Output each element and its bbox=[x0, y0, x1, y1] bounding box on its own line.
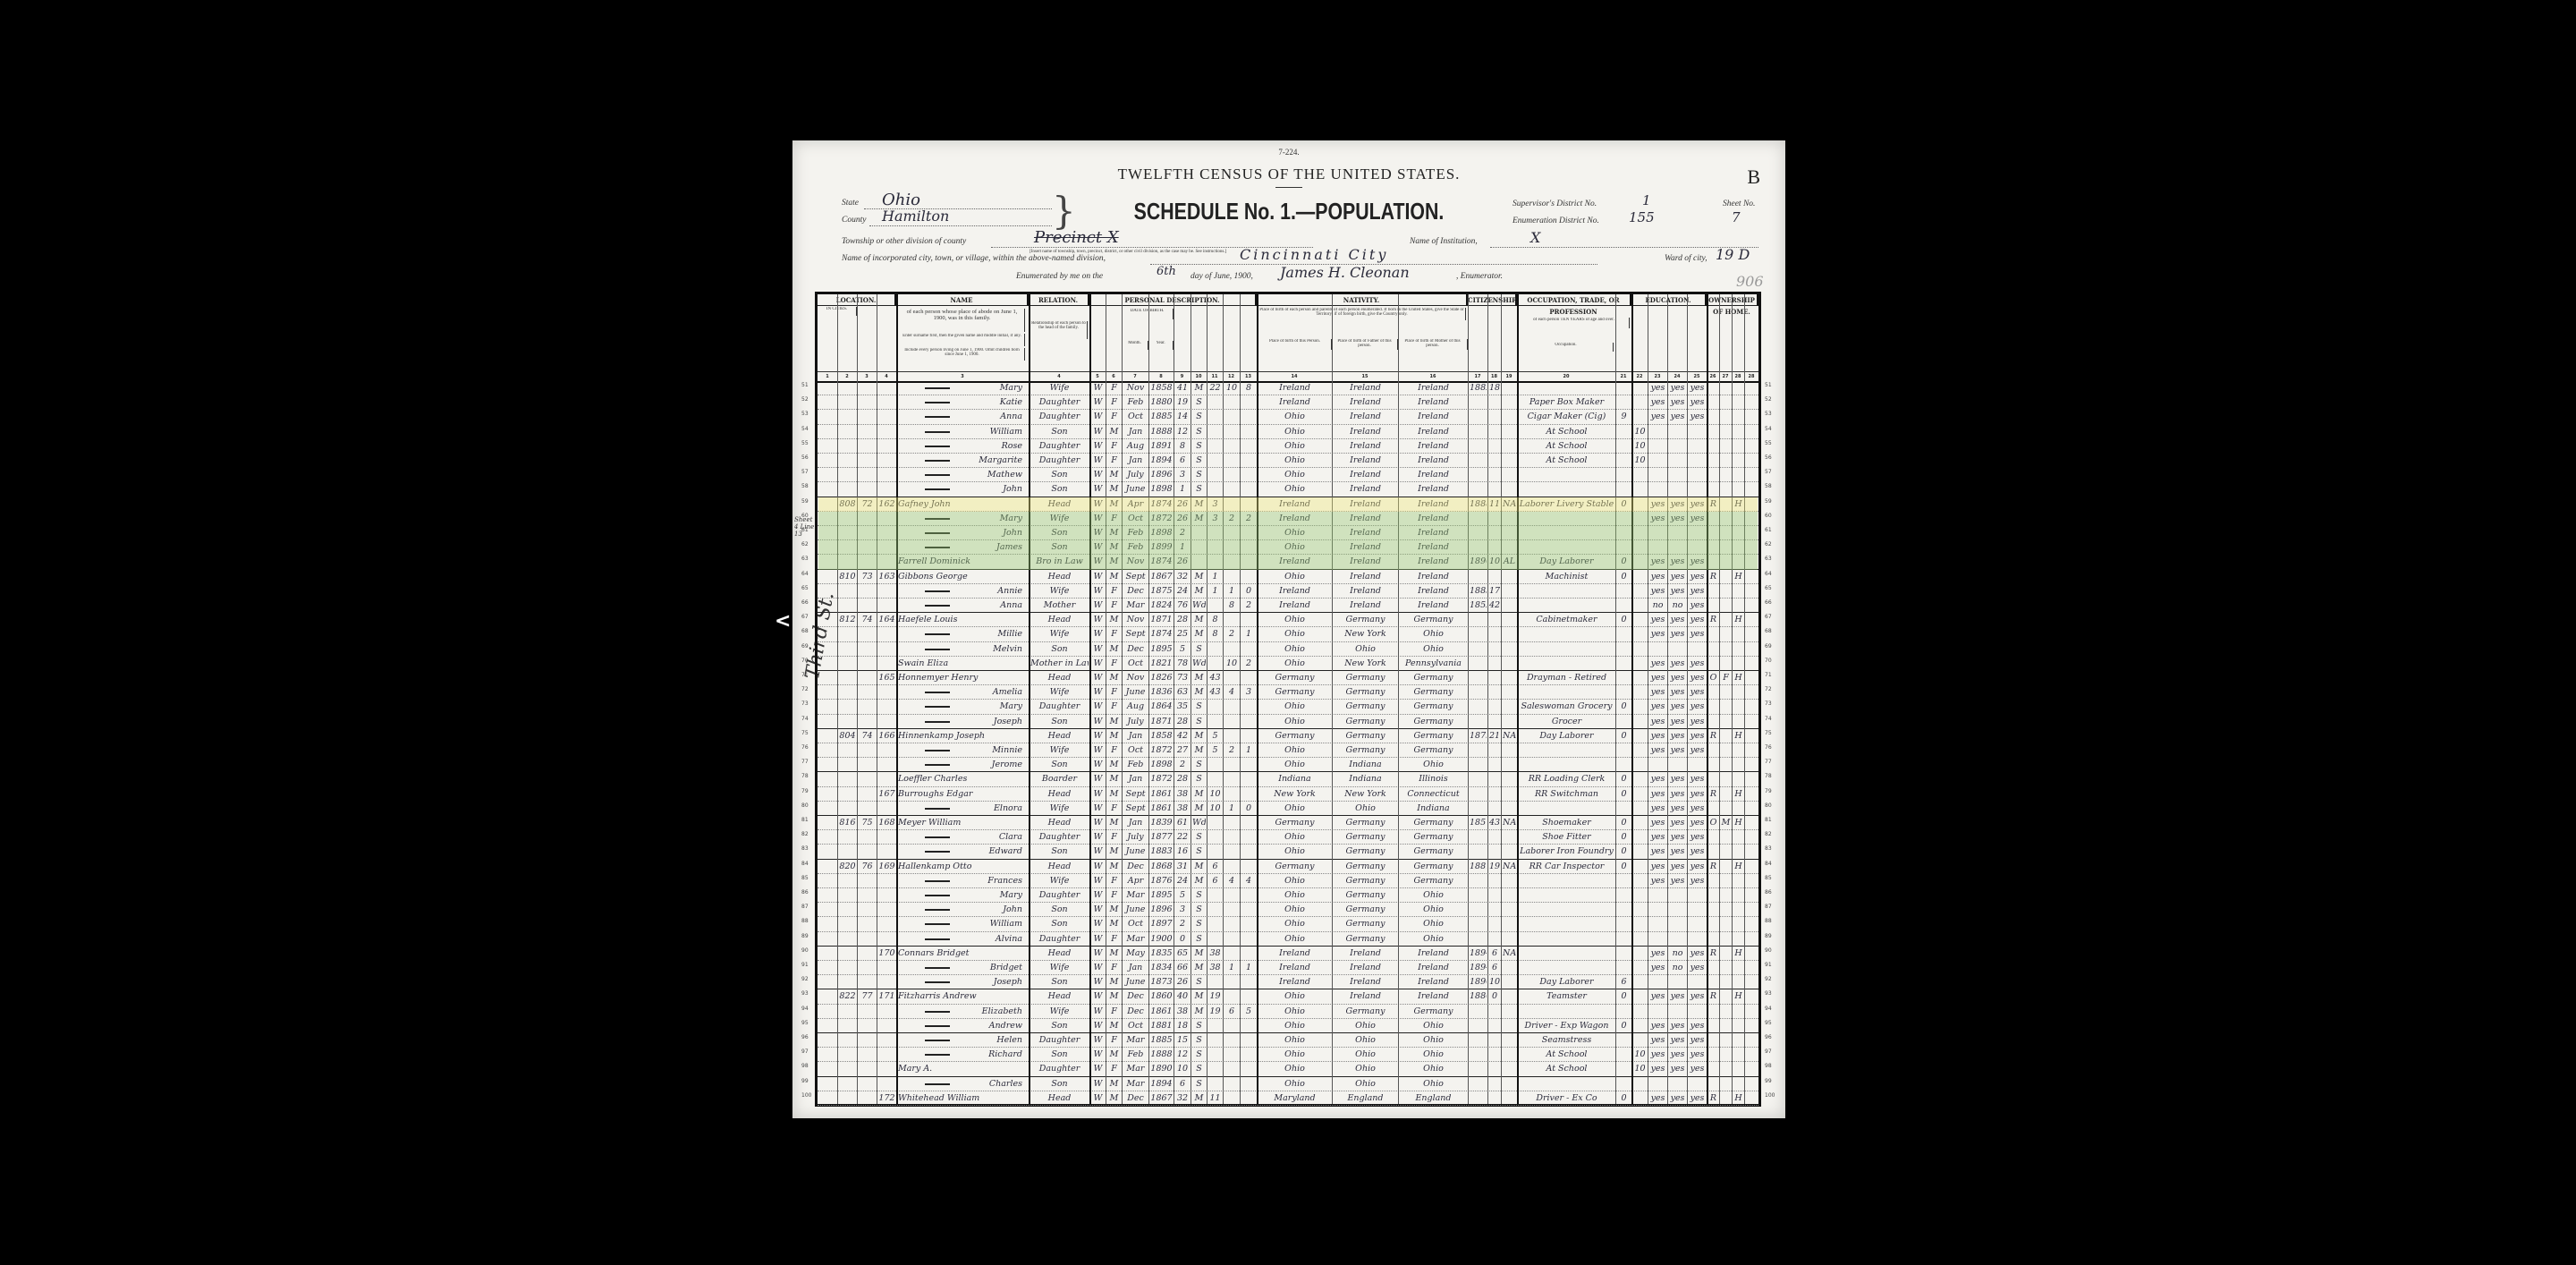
cell-farm bbox=[1733, 512, 1743, 525]
cell-schedule bbox=[1746, 584, 1758, 598]
ditto-dash bbox=[925, 1025, 950, 1027]
cell-dwelling: 75 bbox=[859, 816, 876, 829]
cell-immig: 1894 bbox=[1470, 947, 1487, 960]
cell-schedule bbox=[1746, 830, 1758, 844]
cell-marital: S bbox=[1192, 903, 1206, 916]
cell-read bbox=[1649, 454, 1666, 467]
cell-free bbox=[1721, 961, 1731, 974]
cell-marital: M bbox=[1192, 961, 1206, 974]
cell-family bbox=[878, 410, 895, 423]
cell-natur bbox=[1503, 685, 1516, 699]
cell-color: W bbox=[1091, 989, 1105, 1003]
table-row[interactable]: ElnoraWifeWFSept186138M1010OhioOhioIndia… bbox=[818, 802, 1758, 816]
cell-family bbox=[878, 845, 895, 858]
cell-schedule bbox=[1746, 642, 1758, 656]
cell-family bbox=[878, 1005, 895, 1018]
cell-pob-mother: Ireland bbox=[1400, 381, 1467, 395]
cell-family bbox=[878, 1077, 895, 1091]
table-row[interactable]: RichardSonWMFeb188812SOhioOhioOhioAt Sch… bbox=[818, 1048, 1758, 1062]
cell-age: 1 bbox=[1175, 540, 1190, 554]
cell-school bbox=[1633, 570, 1647, 583]
cell-occupation: Laborer Livery Stable bbox=[1519, 497, 1614, 511]
line-number: 77 bbox=[801, 759, 809, 765]
cell-free bbox=[1721, 482, 1731, 496]
cell-children-living bbox=[1241, 989, 1256, 1003]
cell-immig bbox=[1470, 395, 1487, 409]
cell-dwelling bbox=[859, 381, 876, 395]
line-number: 63 bbox=[1765, 556, 1772, 562]
header-group: OCCUPATION, TRADE, OR PROFESSION bbox=[1517, 294, 1631, 306]
column-divider bbox=[1089, 294, 1091, 1104]
cell-free bbox=[1721, 1048, 1731, 1061]
header-group: RELATION. bbox=[1029, 294, 1089, 306]
cell-farm bbox=[1733, 932, 1743, 946]
line-number: 64 bbox=[801, 571, 809, 577]
cell-relation: Son bbox=[1030, 758, 1089, 771]
sheet-label: Sheet No. bbox=[1723, 200, 1755, 208]
cell-dwelling bbox=[859, 772, 876, 785]
cell-pob-father: Ohio bbox=[1334, 1048, 1397, 1061]
cell-owned bbox=[1708, 743, 1718, 757]
table-row[interactable]: 170Connars BridgetHeadWMMay183565M38Irel… bbox=[818, 947, 1758, 961]
cell-occupation: Seamstress bbox=[1519, 1033, 1614, 1047]
cell-age: 35 bbox=[1175, 700, 1190, 713]
cell-english: yes bbox=[1689, 1091, 1706, 1105]
cell-year: 1871 bbox=[1150, 715, 1173, 728]
cell-schedule bbox=[1746, 555, 1758, 568]
table-row[interactable]: FrancesWifeWFApr187624M644OhioGermanyGer… bbox=[818, 874, 1758, 888]
table-row[interactable]: 80474166Hinnenkamp JosephHeadWMJan185842… bbox=[818, 729, 1758, 743]
table-row[interactable]: Farrell DominickBro in LawWMNov187426Ire… bbox=[818, 555, 1758, 569]
cell-immig bbox=[1470, 903, 1487, 916]
cell-dwelling bbox=[859, 700, 876, 713]
table-row[interactable]: 167Burroughs EdgarHeadWMSept186138M10New… bbox=[818, 787, 1758, 802]
cell-immig bbox=[1470, 1077, 1487, 1091]
cell-write bbox=[1669, 932, 1686, 946]
table-row[interactable]: JosephSonWMJune187326SIrelandIrelandIrel… bbox=[818, 975, 1758, 989]
cell-relation: Daughter bbox=[1030, 1062, 1089, 1075]
cell-write: yes bbox=[1669, 512, 1686, 525]
cell-immig bbox=[1470, 410, 1487, 423]
cell-english: yes bbox=[1689, 1062, 1706, 1075]
cell-relation: Head bbox=[1030, 671, 1089, 684]
ditto-dash bbox=[925, 764, 950, 766]
table-row[interactable]: AnnaMotherWFMar182476Wd82IrelandIrelandI… bbox=[818, 599, 1758, 613]
cell-months-unemp: 0 bbox=[1617, 570, 1631, 583]
cell-house: 808 bbox=[839, 497, 856, 511]
cell-english: yes bbox=[1689, 627, 1706, 641]
cell-children-born bbox=[1224, 975, 1239, 989]
cell-immig bbox=[1470, 772, 1487, 785]
cell-owned bbox=[1708, 700, 1718, 713]
cell-relation: Son bbox=[1030, 482, 1089, 496]
cell-occupation: Day Laborer bbox=[1519, 729, 1614, 743]
cell-dwelling bbox=[859, 439, 876, 453]
table-row[interactable]: AnnieWifeWFDec187524M110IrelandIrelandIr… bbox=[818, 584, 1758, 599]
column-divider bbox=[1029, 294, 1030, 1104]
cell-pob: Germany bbox=[1258, 729, 1331, 743]
cell-owned: R bbox=[1708, 947, 1718, 960]
cell-school bbox=[1633, 540, 1647, 554]
cell-occupation bbox=[1519, 482, 1614, 496]
table-row[interactable]: MargariteDaughterWFJan18946SOhioIrelandI… bbox=[818, 454, 1758, 468]
column-divider bbox=[1517, 294, 1519, 1104]
cell-yrs-married bbox=[1208, 526, 1222, 539]
cell-color: W bbox=[1091, 816, 1105, 829]
cell-english: yes bbox=[1689, 874, 1706, 887]
line-number: 84 bbox=[801, 861, 809, 867]
cell-family bbox=[878, 395, 895, 409]
cell-marital: M bbox=[1192, 860, 1206, 873]
line-number: 65 bbox=[801, 585, 809, 591]
cell-pob-mother: Ohio bbox=[1400, 1048, 1467, 1061]
cell-marital: M bbox=[1192, 743, 1206, 757]
cell-free bbox=[1721, 468, 1731, 481]
ditto-dash bbox=[925, 387, 950, 389]
cell-yrs-married bbox=[1208, 903, 1222, 916]
cell-months-unemp bbox=[1617, 903, 1631, 916]
table-row[interactable]: WilliamSonWMOct18972SOhioGermanyOhio bbox=[818, 917, 1758, 931]
cell-schedule bbox=[1746, 599, 1758, 612]
cell-english: yes bbox=[1689, 685, 1706, 699]
cell-name: Alvina bbox=[898, 932, 1028, 946]
cell-months-unemp bbox=[1617, 1062, 1631, 1075]
cell-sex: M bbox=[1107, 555, 1121, 568]
cell-house bbox=[839, 1005, 856, 1018]
cell-dwelling bbox=[859, 975, 876, 989]
cell-school bbox=[1633, 410, 1647, 423]
cell-sex: F bbox=[1107, 961, 1121, 974]
cell-dwelling bbox=[859, 1091, 876, 1105]
cell-read: yes bbox=[1649, 410, 1666, 423]
cell-immig bbox=[1470, 1005, 1487, 1018]
table-row[interactable]: MillieWifeWFSept187425M821OhioNew YorkOh… bbox=[818, 627, 1758, 641]
cell-house bbox=[839, 845, 856, 858]
cell-street bbox=[819, 830, 836, 844]
cell-street bbox=[819, 932, 836, 946]
cell-age: 27 bbox=[1175, 743, 1190, 757]
cell-dwelling bbox=[859, 454, 876, 467]
table-row[interactable]: JohnSonWMJune18981SOhioIrelandIreland bbox=[818, 482, 1758, 497]
cell-english: yes bbox=[1689, 1019, 1706, 1032]
cell-color: W bbox=[1091, 657, 1105, 670]
table-row[interactable]: JohnSonWMJune18963SOhioGermanyOhio bbox=[818, 903, 1758, 917]
cell-pob-mother: Ireland bbox=[1400, 468, 1467, 481]
table-row[interactable]: ClaraDaughterWFJuly187722SOhioGermanyGer… bbox=[818, 830, 1758, 845]
cell-name: John bbox=[898, 526, 1028, 539]
cell-yrs-us bbox=[1489, 395, 1500, 409]
cell-pob-father: Germany bbox=[1334, 830, 1397, 844]
cell-children-living: 1 bbox=[1241, 627, 1256, 641]
cell-schedule bbox=[1746, 1005, 1758, 1018]
cell-school bbox=[1633, 1033, 1647, 1047]
table-row[interactable]: 81675168Meyer WilliamHeadWMJan183961WdGe… bbox=[818, 816, 1758, 830]
previous-image-icon[interactable]: < bbox=[775, 610, 791, 632]
cell-farm bbox=[1733, 903, 1743, 916]
table-row[interactable]: HelenDaughterWFMar188515SOhioOhioOhioSea… bbox=[818, 1033, 1758, 1048]
cell-family bbox=[878, 830, 895, 844]
cell-schedule bbox=[1746, 395, 1758, 409]
cell-english: yes bbox=[1689, 772, 1706, 785]
cell-dwelling bbox=[859, 671, 876, 684]
table-row[interactable]: Mary A.DaughterWFMar189010SOhioOhioOhioA… bbox=[818, 1062, 1758, 1076]
cell-year: 1873 bbox=[1150, 975, 1173, 989]
cell-age: 10 bbox=[1175, 1062, 1190, 1075]
cell-pob: Ohio bbox=[1258, 1048, 1331, 1061]
table-row[interactable]: Loeffler CharlesBoarderWMJan187228SIndia… bbox=[818, 772, 1758, 786]
cell-yrs-married bbox=[1208, 888, 1222, 902]
cell-yrs-married: 38 bbox=[1208, 961, 1222, 974]
cell-children-living bbox=[1241, 1048, 1256, 1061]
cell-sex: M bbox=[1107, 526, 1121, 539]
cell-pob-father: Ireland bbox=[1334, 439, 1397, 453]
table-row[interactable]: JosephSonWMJuly187128SOhioGermanyGermany… bbox=[818, 715, 1758, 729]
cell-family bbox=[878, 439, 895, 453]
cell-school bbox=[1633, 613, 1647, 626]
cell-natur bbox=[1503, 903, 1516, 916]
ditto-dash bbox=[925, 518, 950, 520]
cell-months-unemp: 0 bbox=[1617, 989, 1631, 1003]
table-row[interactable]: MaryWifeWFNov185841M22108IrelandIrelandI… bbox=[818, 381, 1758, 395]
cell-free bbox=[1721, 700, 1731, 713]
line-number: 80 bbox=[1765, 802, 1772, 809]
cell-family bbox=[878, 425, 895, 438]
cell-yrs-us bbox=[1489, 671, 1500, 684]
line-number: 73 bbox=[1765, 700, 1772, 707]
line-number: 88 bbox=[801, 918, 809, 924]
line-number: 71 bbox=[1765, 672, 1772, 678]
cell-sex: M bbox=[1107, 917, 1121, 930]
cell-english: yes bbox=[1689, 816, 1706, 829]
table-row[interactable]: Swain ElizaMother in LawWFOct182178Wd102… bbox=[818, 657, 1758, 671]
cell-pob: Ireland bbox=[1258, 584, 1331, 598]
line-number: 69 bbox=[801, 643, 809, 649]
cell-name: Mary A. bbox=[898, 1062, 1028, 1075]
cell-free bbox=[1721, 888, 1731, 902]
cell-dwelling bbox=[859, 1077, 876, 1091]
cell-year: 1874 bbox=[1150, 627, 1173, 641]
cell-read: yes bbox=[1649, 700, 1666, 713]
cell-farm: H bbox=[1733, 671, 1743, 684]
cell-immig bbox=[1470, 468, 1487, 481]
cell-name: Margarite bbox=[898, 454, 1028, 467]
table-row[interactable]: 165Honnemyer HenryHeadWMNov182673M43Germ… bbox=[818, 671, 1758, 685]
cell-children-living bbox=[1241, 671, 1256, 684]
cell-street bbox=[819, 816, 836, 829]
cell-school bbox=[1633, 584, 1647, 598]
cell-write bbox=[1669, 482, 1686, 496]
table-row[interactable]: AlvinaDaughterWFMar19000SOhioGermanyOhio bbox=[818, 932, 1758, 947]
cell-dwelling bbox=[859, 1048, 876, 1061]
cell-pob: Ohio bbox=[1258, 1033, 1331, 1047]
cell-year: 1824 bbox=[1150, 599, 1173, 612]
cell-english bbox=[1689, 526, 1706, 539]
cell-name: James bbox=[898, 540, 1028, 554]
cell-pob: Ohio bbox=[1258, 540, 1331, 554]
county-label: County bbox=[842, 216, 866, 225]
cell-pob-father: Ohio bbox=[1334, 1077, 1397, 1091]
cell-yrs-us: 18 bbox=[1489, 381, 1500, 395]
table-row[interactable]: JohnSonWMFeb18982OhioIrelandIreland bbox=[818, 526, 1758, 540]
table-row[interactable]: JamesSonWMFeb18991OhioIrelandIreland bbox=[818, 540, 1758, 555]
cell-month: Nov bbox=[1123, 671, 1148, 684]
cell-street bbox=[819, 961, 836, 974]
table-row[interactable]: 80872162Gafney JohnHeadWMApr187426M3Irel… bbox=[818, 497, 1758, 512]
cell-yrs-married bbox=[1208, 657, 1222, 670]
table-row[interactable]: JeromeSonWMFeb18982SOhioIndianaOhio bbox=[818, 758, 1758, 772]
cell-immig: 1894 bbox=[1470, 961, 1487, 974]
table-row[interactable]: MaryWifeWFOct187226M322IrelandIrelandIre… bbox=[818, 512, 1758, 526]
cell-children-born: 6 bbox=[1224, 1005, 1239, 1018]
table-row[interactable]: MinnieWifeWFOct187227M521OhioGermanyGerm… bbox=[818, 743, 1758, 758]
cell-read bbox=[1649, 439, 1666, 453]
table-row[interactable]: 81274164Haefele LouisHeadWMNov187128M8Oh… bbox=[818, 613, 1758, 627]
line-number: 68 bbox=[801, 628, 809, 634]
cell-english: yes bbox=[1689, 395, 1706, 409]
cell-dwelling bbox=[859, 657, 876, 670]
cell-dwelling bbox=[859, 947, 876, 960]
cell-children-born bbox=[1224, 439, 1239, 453]
cell-yrs-us bbox=[1489, 439, 1500, 453]
cell-pob-mother: Germany bbox=[1400, 700, 1467, 713]
cell-read bbox=[1649, 888, 1666, 902]
cell-dwelling bbox=[859, 482, 876, 496]
table-row[interactable]: MelvinSonWMDec18955SOhioOhioOhio bbox=[818, 642, 1758, 657]
cell-occupation bbox=[1519, 888, 1614, 902]
table-row[interactable]: RoseDaughterWFAug18918SOhioIrelandIrelan… bbox=[818, 439, 1758, 454]
cell-children-born bbox=[1224, 917, 1239, 930]
table-row[interactable]: KatieDaughterWFFeb188019SIrelandIrelandI… bbox=[818, 395, 1758, 410]
cell-school: 10 bbox=[1633, 425, 1647, 438]
cell-color: W bbox=[1091, 410, 1105, 423]
cell-school bbox=[1633, 729, 1647, 743]
cell-dwelling bbox=[859, 1062, 876, 1075]
cell-immig: 1879 bbox=[1470, 729, 1487, 743]
cell-children-born bbox=[1224, 671, 1239, 684]
cell-name: Mary bbox=[898, 512, 1028, 525]
cell-children-born bbox=[1224, 1077, 1239, 1091]
cell-sex: F bbox=[1107, 584, 1121, 598]
cell-family bbox=[878, 468, 895, 481]
cell-farm: H bbox=[1733, 787, 1743, 801]
city-label: Name of incorporated city, town, or vill… bbox=[842, 254, 1106, 263]
cell-farm bbox=[1733, 743, 1743, 757]
table-row[interactable]: AmeliaWifeWFJune183663M4343GermanyGerman… bbox=[818, 685, 1758, 700]
cell-sex: M bbox=[1107, 975, 1121, 989]
cell-pob-mother: Pennsylvania bbox=[1400, 657, 1467, 670]
cell-color: W bbox=[1091, 439, 1105, 453]
cell-month: Feb bbox=[1123, 1048, 1148, 1061]
cell-month: Dec bbox=[1123, 642, 1148, 656]
relation-description: Relationship of each person to the head … bbox=[1030, 321, 1088, 339]
name-note: Enter surname first, then the given name… bbox=[900, 334, 1025, 346]
cell-natur bbox=[1503, 787, 1516, 801]
cell-children-born bbox=[1224, 932, 1239, 946]
table-row[interactable]: AnnaDaughterWFOct188514SOhioIrelandIrela… bbox=[818, 410, 1758, 424]
cell-school bbox=[1633, 917, 1647, 930]
cell-family bbox=[878, 1019, 895, 1032]
cell-street bbox=[819, 540, 836, 554]
cell-sex: M bbox=[1107, 540, 1121, 554]
table-row[interactable]: WilliamSonWMJan188812SOhioIrelandIreland… bbox=[818, 425, 1758, 439]
cell-children-born bbox=[1224, 845, 1239, 858]
cell-dwelling: 72 bbox=[859, 497, 876, 511]
cell-write bbox=[1669, 975, 1686, 989]
table-row[interactable]: 82076169Hallenkamp OttoHeadWMDec186831M6… bbox=[818, 860, 1758, 874]
cell-month: Mar bbox=[1123, 1062, 1148, 1075]
cell-house: 804 bbox=[839, 729, 856, 743]
cell-write: yes bbox=[1669, 381, 1686, 395]
cell-color: W bbox=[1091, 1019, 1105, 1032]
column-divider bbox=[1468, 294, 1469, 1104]
line-number: 70 bbox=[1765, 658, 1772, 664]
table-row[interactable]: MaryDaughterWFMar18955SOhioGermanyOhio bbox=[818, 888, 1758, 903]
cell-street bbox=[819, 1077, 836, 1091]
cell-name: Loeffler Charles bbox=[898, 772, 1028, 785]
cell-dwelling bbox=[859, 1005, 876, 1018]
cell-read: yes bbox=[1649, 497, 1666, 511]
table-row[interactable]: MaryDaughterWFAug186435SOhioGermanyGerma… bbox=[818, 700, 1758, 714]
table-row[interactable]: MathewSonWMJuly18963SOhioIrelandIreland bbox=[818, 468, 1758, 482]
cell-month: Oct bbox=[1123, 410, 1148, 423]
cell-owned bbox=[1708, 758, 1718, 771]
cell-owned bbox=[1708, 975, 1718, 989]
table-row[interactable]: EdwardSonWMJune188316SOhioGermanyGermany… bbox=[818, 845, 1758, 859]
corner-note: 906 bbox=[1736, 273, 1764, 290]
cell-owned bbox=[1708, 512, 1718, 525]
cell-write: yes bbox=[1669, 555, 1686, 568]
cell-pob-father: Ireland bbox=[1334, 425, 1397, 438]
cell-name: Joseph bbox=[898, 975, 1028, 989]
cell-english: yes bbox=[1689, 512, 1706, 525]
table-row[interactable]: CharlesSonWMMar18946SOhioOhioOhio bbox=[818, 1077, 1758, 1091]
ditto-dash bbox=[925, 633, 950, 635]
cell-family bbox=[878, 454, 895, 467]
cell-write bbox=[1669, 526, 1686, 539]
table-row[interactable]: 172Whitehead WilliamHeadWMDec186732M11Ma… bbox=[818, 1091, 1758, 1106]
cell-age: 73 bbox=[1175, 671, 1190, 684]
cell-pob: Ohio bbox=[1258, 758, 1331, 771]
cell-year: 1877 bbox=[1150, 830, 1173, 844]
cell-name: William bbox=[898, 917, 1028, 930]
cell-natur bbox=[1503, 381, 1516, 395]
cell-immig bbox=[1470, 700, 1487, 713]
table-row[interactable]: 82277171Fitzharris AndrewHeadWMDec186040… bbox=[818, 989, 1758, 1004]
cell-english bbox=[1689, 425, 1706, 438]
table-row[interactable]: BridgetWifeWFJan183466M3811IrelandIrelan… bbox=[818, 961, 1758, 975]
cell-age: 42 bbox=[1175, 729, 1190, 743]
cell-pob-father: Ohio bbox=[1334, 642, 1397, 656]
cell-occupation bbox=[1519, 584, 1614, 598]
nativity-person-header: Place of birth of this Person. bbox=[1258, 339, 1332, 350]
cell-farm bbox=[1733, 888, 1743, 902]
cell-occupation bbox=[1519, 947, 1614, 960]
cell-relation: Head bbox=[1030, 816, 1089, 829]
table-row[interactable]: AndrewSonWMOct188118SOhioOhioOhioDriver … bbox=[818, 1019, 1758, 1033]
cell-immig: 1882 bbox=[1470, 381, 1487, 395]
cell-schedule bbox=[1746, 425, 1758, 438]
cell-read: yes bbox=[1649, 627, 1666, 641]
cell-write: yes bbox=[1669, 989, 1686, 1003]
table-row[interactable]: 81073163Gibbons GeorgeHeadWMSept186732M1… bbox=[818, 570, 1758, 584]
line-number: 56 bbox=[801, 454, 809, 461]
cell-marital: Wd bbox=[1192, 657, 1206, 670]
cell-year: 1900 bbox=[1150, 932, 1173, 946]
cell-pob: Ireland bbox=[1258, 975, 1331, 989]
cell-english bbox=[1689, 917, 1706, 930]
table-row[interactable]: ElizabethWifeWFDec186138M1965OhioGermany… bbox=[818, 1005, 1758, 1019]
cell-month: Feb bbox=[1123, 758, 1148, 771]
